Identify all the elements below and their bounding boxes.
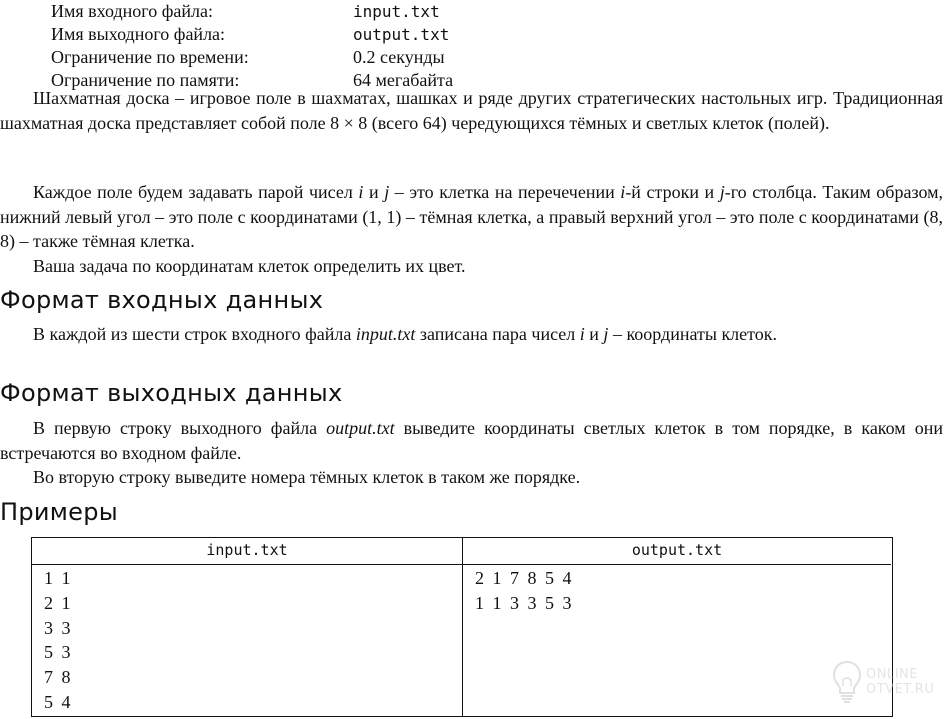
input-line: 5 4 [44, 690, 462, 715]
statement-paragraph-3: Ваша задача по координатам клеток опреде… [0, 254, 943, 279]
meta-value: output.txt [353, 23, 449, 46]
output-line: 1 1 3 3 5 3 [475, 591, 891, 616]
file-name: output.txt [326, 418, 395, 438]
problem-meta: Имя входного файла: input.txt Имя выходн… [51, 0, 453, 92]
statement-paragraph-2: Каждое поле будем задавать парой чисел i… [0, 180, 943, 254]
output-column-header: output.txt [463, 538, 891, 565]
text: Каждое поле будем задавать парой чисел [33, 182, 358, 202]
examples-table: input.txt 1 1 2 1 3 3 5 3 7 8 5 4 output… [31, 537, 893, 717]
input-line: 7 8 [44, 665, 462, 690]
input-line: 2 1 [44, 591, 462, 616]
watermark: ONLINE OTVET.RU [832, 660, 934, 704]
output-format-heading: Формат выходных данных [0, 379, 342, 407]
input-format-heading: Формат входных данных [0, 286, 323, 314]
watermark-line: OTVET.RU [866, 682, 934, 697]
output-column: output.txt 2 1 7 8 5 4 1 1 3 3 5 3 [463, 538, 891, 716]
input-line: 1 1 [44, 566, 462, 591]
output-cell: 2 1 7 8 5 4 1 1 3 3 5 3 [463, 565, 891, 616]
meta-time-limit: Ограничение по времени: 0.2 секунды [51, 46, 453, 69]
meta-output-file: Имя выходного файла: output.txt [51, 23, 453, 46]
text: и [585, 324, 604, 344]
text: – это клетка на перечечении [389, 182, 620, 202]
meta-label: Имя выходного файла: [51, 23, 353, 46]
input-column: input.txt 1 1 2 1 3 3 5 3 7 8 5 4 [32, 538, 463, 716]
output-format-text-2: Во вторую строку выведите номера тёмных … [0, 465, 943, 490]
text: -й строки и [625, 182, 719, 202]
meta-label: Ограничение по времени: [51, 46, 353, 69]
file-name: input.txt [356, 324, 416, 344]
meta-value: 0.2 секунды [353, 46, 445, 69]
output-line: 2 1 7 8 5 4 [475, 566, 891, 591]
watermark-line: ONLINE [866, 667, 934, 682]
text: В каждой из шести строк входного файла [33, 324, 356, 344]
watermark-text: ONLINE OTVET.RU [866, 667, 934, 697]
input-format-text: В каждой из шести строк входного файла i… [0, 322, 943, 347]
input-line: 3 3 [44, 616, 462, 641]
output-format-text-1: В первую строку выходного файла output.t… [0, 416, 943, 465]
text: – координаты клеток. [608, 324, 777, 344]
meta-value: input.txt [353, 0, 440, 23]
statement-paragraph-1: Шахматная доска – игровое поле в шахмата… [0, 86, 943, 135]
input-column-header: input.txt [32, 538, 462, 565]
text: записана пара чисел [415, 324, 579, 344]
meta-label: Имя входного файла: [51, 0, 353, 23]
lightbulb-icon [832, 660, 862, 704]
text: В первую строку выходного файла [33, 418, 326, 438]
input-cell: 1 1 2 1 3 3 5 3 7 8 5 4 [32, 565, 462, 715]
meta-input-file: Имя входного файла: input.txt [51, 0, 453, 23]
text: и [363, 182, 384, 202]
input-line: 5 3 [44, 640, 462, 665]
examples-heading: Примеры [0, 498, 118, 526]
